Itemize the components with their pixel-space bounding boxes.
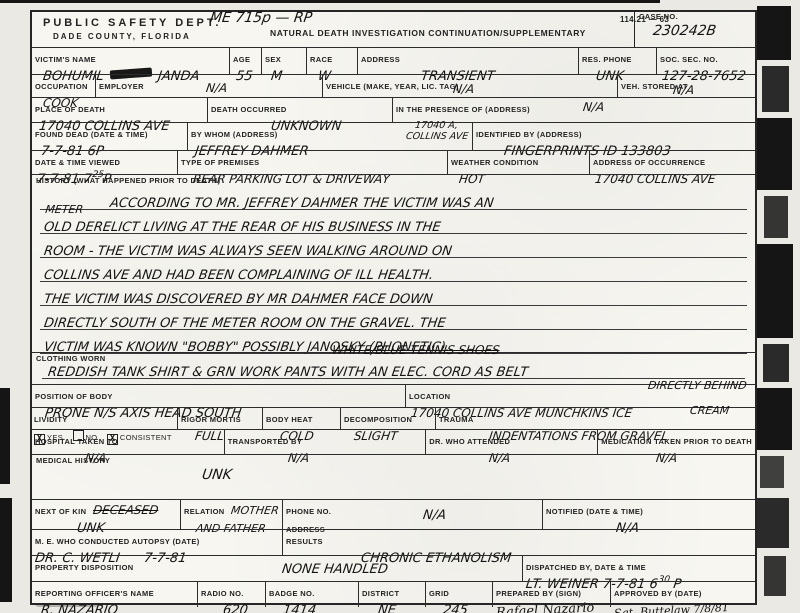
history-line: THE VICTIM WAS DISCOVERED BY MR DAHMER F… (40, 282, 747, 306)
clothing-inserted-note: WHITE/BLUE TENNIS SHOES (331, 343, 501, 357)
date-time-viewed-label: DATE & TIME VIEWED (35, 158, 120, 167)
medication-label: MEDICATION TAKEN PRIOR TO DEATH (601, 437, 752, 446)
presence-label: IN THE PRESENCE OF (ADDRESS) (396, 105, 530, 114)
age-label: AGE (233, 55, 250, 64)
prepared-by-signature: Rafael Nazario (496, 600, 595, 613)
scan-artifact (757, 6, 791, 60)
case-number-box: CASE NO. 230242B (634, 12, 755, 47)
scan-artifact (756, 118, 792, 190)
victim-row: VICTIM'S NAME BOHUMILJANDA AGE 55 SEX M … (32, 47, 755, 74)
reporting-officer-value: R. NAZARIO (40, 603, 119, 613)
case-number-value: 230242B (652, 23, 717, 39)
position-of-body-label: POSITION OF BODY (35, 392, 113, 401)
scan-artifact (764, 196, 788, 238)
decomposition-label: DECOMPOSITION (344, 415, 412, 424)
veh-stored-value: N/A (672, 83, 695, 97)
scan-artifact (0, 498, 12, 602)
exam-row: LIVIDITY XYES NO XCONSISTENT RIGOR MORTI… (32, 407, 755, 429)
scan-artifact (760, 456, 784, 488)
history-section: HISTORY (WHAT HAPPENED PRIOR TO DEATH) A… (32, 174, 755, 352)
scan-artifact (764, 556, 786, 596)
hospital-taken-to-label: HOSPITAL TAKEN TO (35, 437, 118, 446)
history-label: HISTORY (WHAT HAPPENED PRIOR TO DEATH) (36, 177, 755, 186)
history-text-4: COLLINS AVE AND HAD BEEN COMPLAINING OF … (43, 268, 434, 283)
medical-history-row: MEDICAL HISTORY UNK (32, 454, 755, 499)
found-dead-row: FOUND DEAD (DATE & TIME) 7-7-81 6P BY WH… (32, 122, 755, 150)
phone-no-label: PHONE NO. (286, 507, 331, 516)
rigor-mortis-label: RIGOR MORTIS (181, 415, 241, 424)
location-wrap-value: CREAM (689, 404, 730, 417)
body-heat-label: BODY HEAT (266, 415, 313, 424)
employer-label: EMPLOYER (99, 82, 144, 91)
officer-row: REPORTING OFFICER'S NAME R. NAZARIO RADI… (32, 581, 755, 607)
occupation-label: OCCUPATION (35, 82, 88, 91)
victim-name-label: VICTIM'S NAME (35, 55, 96, 64)
by-whom-label: BY WHOM (ADDRESS) (191, 130, 278, 139)
notified-label: NOTIFIED (DATE & TIME) (546, 507, 643, 516)
clothing-value: REDDISH TANK SHIRT & GRN WORK PANTS WITH… (47, 365, 529, 380)
relation-label: RELATION (184, 507, 225, 516)
presence-value: N/A (582, 100, 605, 114)
address-label: ADDRESS (361, 55, 400, 64)
property-disposition-value: NONE HANDLED (281, 562, 389, 577)
case-annotation: ME 715p — RP (209, 10, 313, 26)
found-dead-label: FOUND DEAD (DATE & TIME) (35, 130, 148, 139)
vehicle-value: N/A (452, 82, 475, 96)
history-text-6: DIRECTLY SOUTH OF THE METER ROOM ON THE … (43, 316, 447, 331)
prepared-by-label: PREPARED BY (SIGN) (496, 589, 581, 598)
history-line: ROOM - THE VICTIM WAS ALWAYS SEEN WALKIN… (40, 234, 747, 258)
reporting-officer-label: REPORTING OFFICER'S NAME (35, 589, 154, 598)
premises-label: TYPE OF PREMISES (181, 158, 260, 167)
history-text-3: ROOM - THE VICTIM WAS ALWAYS SEEN WALKIN… (43, 244, 453, 259)
place-of-death-label: PLACE OF DEATH (35, 105, 105, 114)
next-of-kin-label: NEXT OF KIN (35, 507, 86, 516)
next-of-kin-struck-value: DECEASED (92, 503, 159, 517)
death-occurred-label: DEATH OCCURRED (211, 105, 287, 114)
scan-artifact (0, 388, 10, 484)
property-row: PROPERTY DISPOSITION NONE HANDLED DISPAT… (32, 555, 755, 581)
form-sheet: PUBLIC SAFETY DEPT. DADE COUNTY, FLORIDA… (30, 10, 757, 605)
scan-artifact (757, 498, 789, 548)
history-line: OLD DERELICT LIVING AT THE REAR OF HIS B… (40, 210, 747, 234)
hospital-row: HOSPITAL TAKEN TO N/A TRANSPORTED BY N/A… (32, 429, 755, 454)
radio-no-label: RADIO NO. (201, 589, 244, 598)
grid-value: 245 (442, 603, 469, 613)
phone-address-value: N/A (422, 508, 447, 523)
relation-value-line1: MOTHER (230, 504, 280, 517)
case-number-label: CASE NO. (639, 13, 751, 22)
property-disposition-label: PROPERTY DISPOSITION (35, 563, 134, 572)
medical-history-value: UNK (201, 467, 233, 483)
form-header: PUBLIC SAFETY DEPT. DADE COUNTY, FLORIDA… (32, 12, 755, 47)
location-label: LOCATION (409, 392, 450, 401)
district-label: DISTRICT (362, 589, 399, 598)
history-text-5: THE VICTIM WAS DISCOVERED BY MR DAHMER F… (43, 292, 434, 307)
history-line: DIRECTLY SOUTH OF THE METER ROOM ON THE … (40, 306, 747, 330)
scan-artifact (0, 0, 660, 3)
dispatched-by-label: DISPATCHED BY, DATE & TIME (526, 563, 646, 572)
employer-value: N/A (205, 81, 228, 95)
history-meter-superscript: METER (42, 203, 747, 235)
lividity-label: LIVIDITY (34, 415, 68, 424)
grid-label: GRID (429, 589, 449, 598)
res-phone-label: RES. PHONE (582, 55, 632, 64)
location-above-note: DIRECTLY BEHIND (647, 379, 748, 392)
clothing-row: WHITE/BLUE TENNIS SHOES CLOTHING WORN RE… (32, 352, 755, 384)
sex-label: SEX (265, 55, 281, 64)
race-label: RACE (310, 55, 333, 64)
scan-artifact (755, 244, 793, 338)
transported-by-label: TRANSPORTED BY (228, 437, 303, 446)
by-whom-address-line2: COLLINS AVE (405, 131, 469, 142)
viewed-row: DATE & TIME VIEWED 7-7-81 725P TYPE OF P… (32, 150, 755, 174)
me-autopsy-label: M. E. WHO CONDUCTED AUTOPSY (DATE) (35, 537, 200, 546)
occupation-row: OCCUPATION COOK EMPLOYER N/A VEHICLE (MA… (32, 74, 755, 97)
results-label: RESULTS (286, 537, 323, 546)
weather-label: WEATHER CONDITION (451, 158, 538, 167)
badge-no-label: BADGE NO. (269, 589, 315, 598)
history-line: COLLINS AVE AND HAD BEEN COMPLAINING OF … (40, 258, 747, 282)
next-of-kin-row: NEXT OF KIN DECEASED UNK RELATION MOTHER… (32, 499, 755, 529)
place-of-death-row: PLACE OF DEATH 17040 COLLINS AVE DEATH O… (32, 97, 755, 122)
identified-by-label: IDENTIFIED BY (ADDRESS) (476, 130, 582, 139)
radio-no-value: 620 (222, 603, 249, 613)
badge-no-value: 1414 (282, 603, 317, 613)
trauma-label: TRAUMA (439, 415, 474, 424)
form-title: NATURAL DEATH INVESTIGATION CONTINUATION… (270, 29, 586, 39)
vehicle-label: VEHICLE (MAKE, YEAR, LIC. TAG) (326, 82, 459, 91)
approved-by-signature: Sgt. Buttelaw 7/8/81 (614, 601, 729, 613)
dr-who-attended-label: DR. WHO ATTENDED (429, 437, 510, 446)
district-value: NE (377, 603, 397, 613)
scan-artifact (762, 66, 789, 112)
scanned-death-investigation-form: PUBLIC SAFETY DEPT. DADE COUNTY, FLORIDA… (0, 0, 800, 613)
by-whom-address-line1: 17040 A, (414, 120, 458, 131)
approved-by-label: APPROVED BY (DATE) (614, 589, 702, 598)
address-occurrence-label: ADDRESS OF OCCURRENCE (593, 158, 705, 167)
ssn-label: SOC. SEC. NO. (660, 55, 718, 64)
autopsy-row: M. E. WHO CONDUCTED AUTOPSY (DATE) DR. C… (32, 529, 755, 555)
medical-history-label: MEDICAL HISTORY (36, 457, 755, 466)
body-position-row: POSITION OF BODY PRONE N/S AXIS HEAD SOU… (32, 384, 755, 407)
scan-artifact (763, 344, 789, 382)
